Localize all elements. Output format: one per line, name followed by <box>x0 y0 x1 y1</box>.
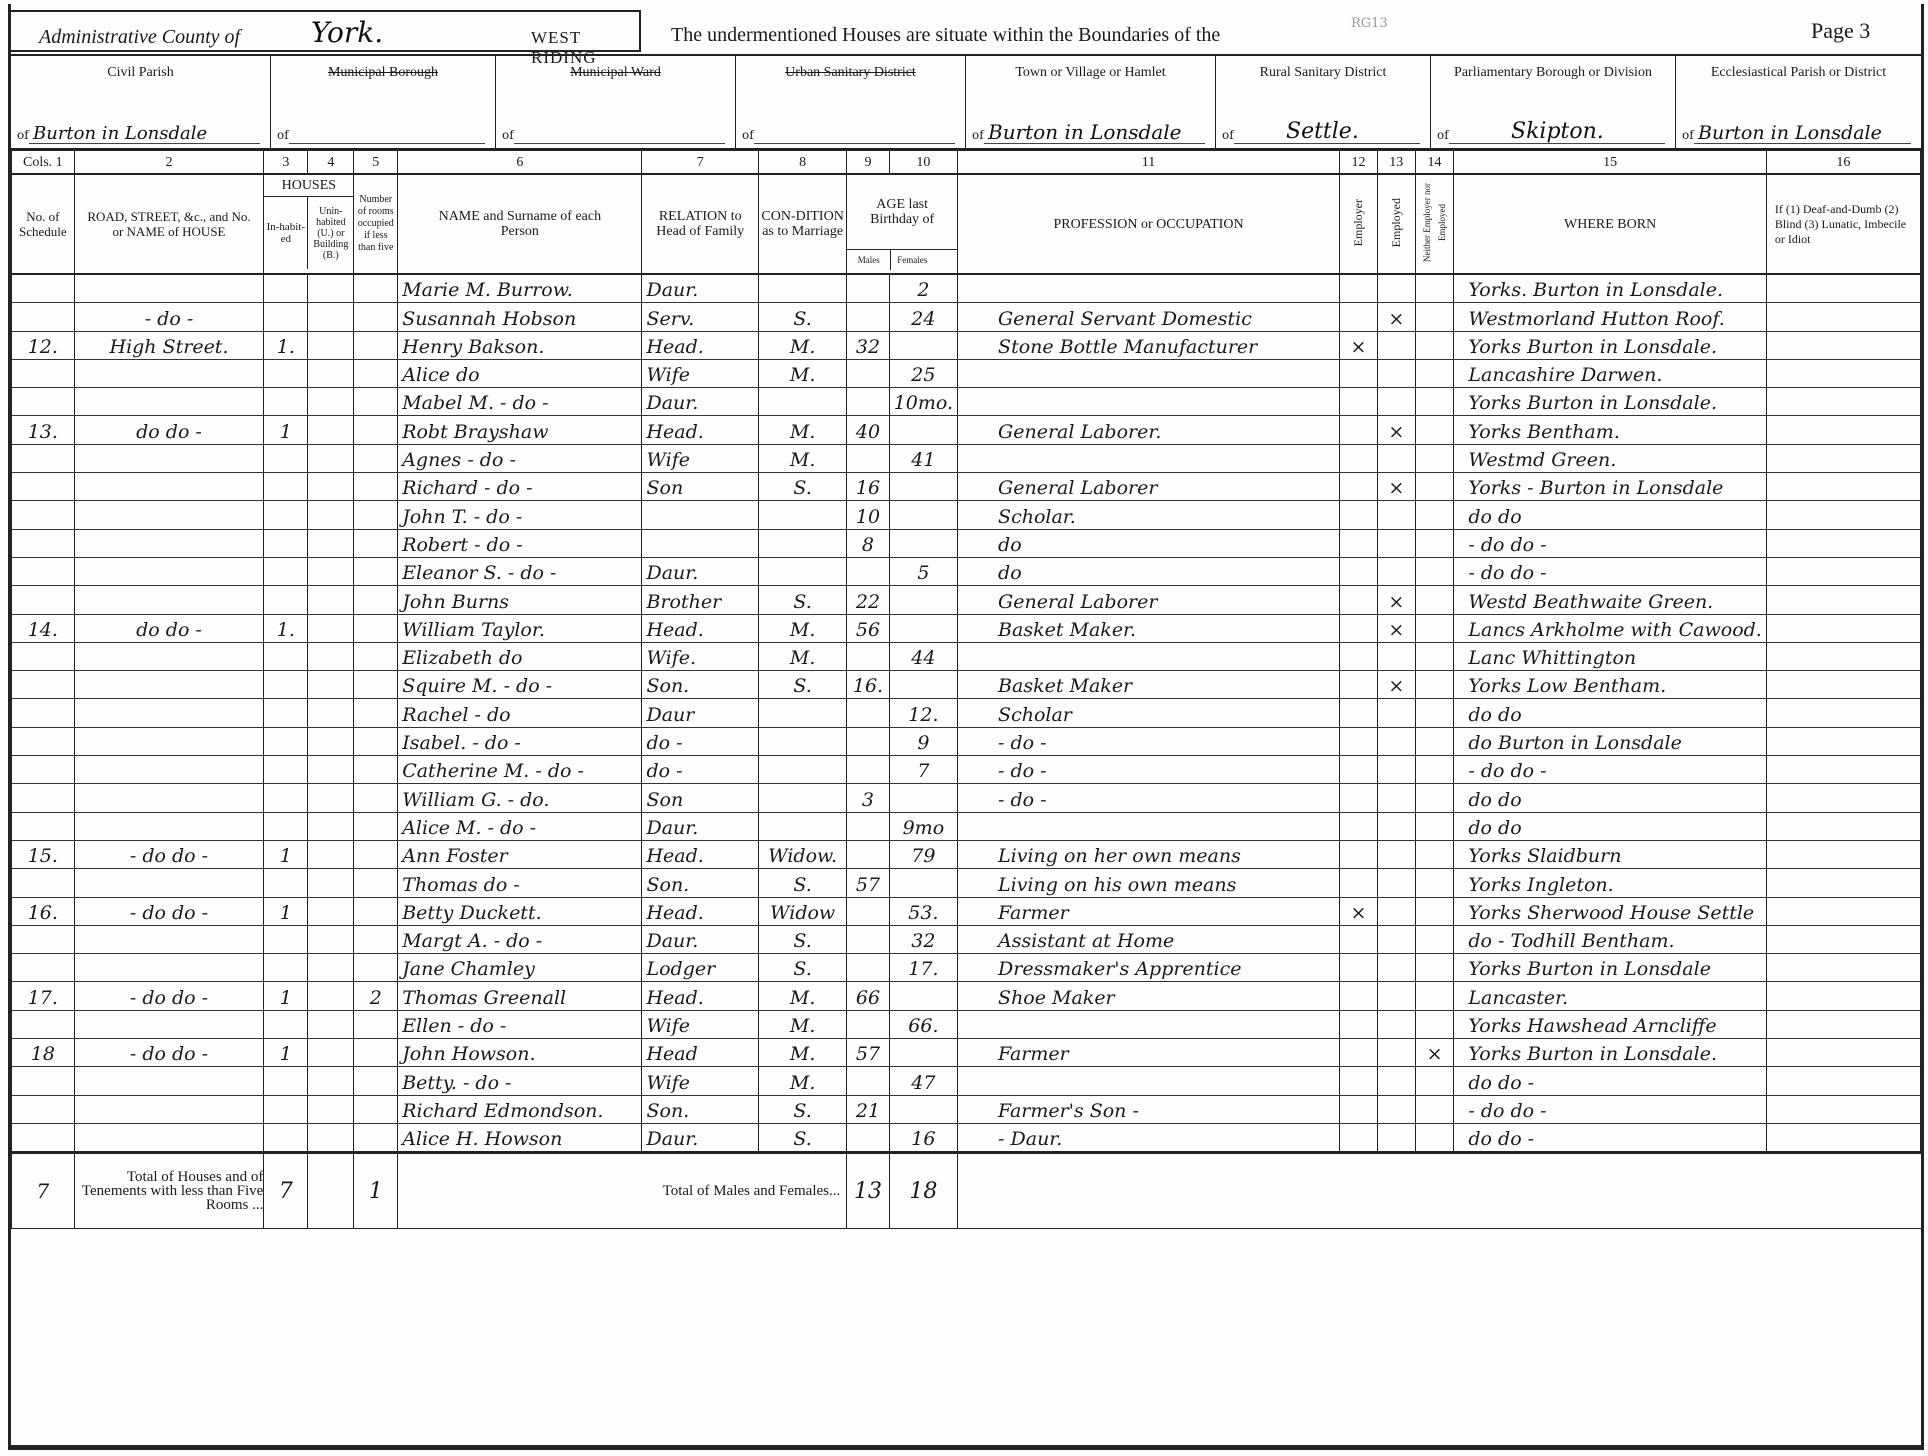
person-row: - do - Susannah Hobson Serv. S. 24 Gener… <box>12 303 1921 331</box>
boundary-label: Ecclesiastical Parish or District <box>1676 64 1921 81</box>
condition: S. <box>758 869 846 897</box>
houses-inhabited <box>264 359 308 387</box>
road-name: - do do - <box>74 840 264 868</box>
age-male: 21 <box>847 1095 889 1123</box>
houses-inhabited <box>264 444 308 472</box>
schedule-number <box>12 359 75 387</box>
infirmity <box>1766 671 1920 699</box>
houses-uninhabited <box>308 727 354 755</box>
occupation: Farmer's Son - <box>958 1095 1340 1123</box>
colnum: 8 <box>758 151 846 175</box>
occupation <box>958 642 1340 670</box>
road-name <box>74 756 264 784</box>
houses-inhabited <box>264 388 308 416</box>
person-name: Thomas do - <box>398 869 642 897</box>
colnum: 13 <box>1377 151 1415 175</box>
age-male <box>847 303 889 331</box>
road-name: do do - <box>74 416 264 444</box>
person-row: Marie M. Burrow. Daur. 2 Yorks. Burton i… <box>12 274 1921 303</box>
road-name <box>74 954 264 982</box>
employed-mark <box>1377 727 1415 755</box>
employer-mark <box>1340 274 1378 303</box>
employed-mark <box>1377 1067 1415 1095</box>
houses-uninhabited <box>308 274 354 303</box>
admin-county-value: York. <box>311 16 383 49</box>
person-name: Isabel. - do - <box>398 727 642 755</box>
condition: S. <box>758 671 846 699</box>
person-row: 15. - do do - 1 Ann Foster Head. Widow. … <box>12 840 1921 868</box>
underline <box>514 143 725 144</box>
person-name: Elizabeth do <box>398 642 642 670</box>
relation: do - <box>642 727 759 755</box>
employed-mark <box>1377 840 1415 868</box>
where-born: do do <box>1454 812 1766 840</box>
occupation: Farmer <box>958 1039 1340 1067</box>
person-name: Squire M. - do - <box>398 671 642 699</box>
road-name <box>74 1095 264 1123</box>
houses-inhabited <box>264 274 308 303</box>
relation <box>642 501 759 529</box>
age-male <box>847 897 889 925</box>
where-born: Yorks Burton in Lonsdale <box>1454 954 1766 982</box>
road-name <box>74 869 264 897</box>
occupation <box>958 274 1340 303</box>
neither-mark <box>1415 586 1454 614</box>
age-female <box>889 869 957 897</box>
person-name: Richard Edmondson. <box>398 1095 642 1123</box>
houses-inhabited <box>264 1010 308 1038</box>
boundary-municipal-ward: Municipal Ward of <box>496 56 736 148</box>
occupation: Dressmaker's Apprentice <box>958 954 1340 982</box>
age-male: 16 <box>847 473 889 501</box>
employed-mark: × <box>1377 614 1415 642</box>
employed-mark <box>1377 359 1415 387</box>
person-name: Alice M. - do - <box>398 812 642 840</box>
age-female <box>889 1095 957 1123</box>
neither-mark <box>1415 727 1454 755</box>
person-row: 16. - do do - 1 Betty Duckett. Head. Wid… <box>12 897 1921 925</box>
age-male <box>847 274 889 303</box>
employed-mark <box>1377 812 1415 840</box>
where-born: - do do - <box>1454 557 1766 585</box>
archive-stamp: RG13 <box>1351 16 1388 31</box>
header-age: AGE last Birthday of Males Females <box>847 174 958 274</box>
relation: Daur. <box>642 812 759 840</box>
person-name: Mabel M. - do - <box>398 388 642 416</box>
employed-mark <box>1377 1095 1415 1123</box>
condition <box>758 501 846 529</box>
employed-mark: × <box>1377 586 1415 614</box>
houses-inhabited <box>264 303 308 331</box>
neither-mark <box>1415 557 1454 585</box>
houses-uninhabited <box>308 1039 354 1067</box>
person-name: Eleanor S. - do - <box>398 557 642 585</box>
age-male: 10 <box>847 501 889 529</box>
boundary-label: Civil Parish <box>11 64 270 81</box>
age-male <box>847 1067 889 1095</box>
road-name <box>74 1010 264 1038</box>
schedule-number <box>12 642 75 670</box>
header-neither: Neither Employer nor Employed <box>1415 174 1454 274</box>
schedule-number <box>12 812 75 840</box>
condition <box>758 727 846 755</box>
houses-uninhabited <box>308 982 354 1010</box>
condition: Widow <box>758 897 846 925</box>
road-name: do do - <box>74 614 264 642</box>
header-name: NAME and Surname of each Person <box>398 174 642 274</box>
of-label: of <box>742 128 754 142</box>
rooms-occupied <box>354 1123 398 1152</box>
employed-mark: × <box>1377 303 1415 331</box>
houses-uninhabited <box>308 473 354 501</box>
road-name: - do do - <box>74 982 264 1010</box>
rooms-occupied <box>354 303 398 331</box>
boundaries-heading: The undermentioned Houses are situate wi… <box>671 24 1220 47</box>
houses-inhabited <box>264 501 308 529</box>
houses-uninhabited <box>308 303 354 331</box>
relation: Son. <box>642 1095 759 1123</box>
age-female: 10mo. <box>889 388 957 416</box>
person-name: William G. - do. <box>398 784 642 812</box>
schedule-number <box>12 784 75 812</box>
relation: do - <box>642 756 759 784</box>
where-born: Lancs Arkholme with Cawood. <box>1454 614 1766 642</box>
schedule-number <box>12 444 75 472</box>
page-header: Administrative County of York. WEST RIDI… <box>11 4 1927 52</box>
person-name: Ellen - do - <box>398 1010 642 1038</box>
colnum: 5 <box>354 151 398 175</box>
where-born: do do - <box>1454 1067 1766 1095</box>
houses-uninhabited <box>308 1095 354 1123</box>
person-row: Elizabeth do Wife. M. 44 Lanc Whittingto… <box>12 642 1921 670</box>
rooms-occupied <box>354 784 398 812</box>
of-label: of <box>972 128 984 142</box>
infirmity <box>1766 501 1920 529</box>
employed-mark <box>1377 756 1415 784</box>
boundary-ecclesiastical: Ecclesiastical Parish or District of Bur… <box>1676 56 1921 148</box>
person-name: Agnes - do - <box>398 444 642 472</box>
total-houses-uninhabited <box>308 1153 354 1229</box>
condition: M. <box>758 1067 846 1095</box>
header-condition: CON-DITION as to Marriage <box>758 174 846 274</box>
person-row: 12. High Street. 1. Henry Bakson. Head. … <box>12 331 1921 359</box>
employer-mark <box>1340 784 1378 812</box>
occupation: Farmer <box>958 897 1340 925</box>
infirmity <box>1766 699 1920 727</box>
road-name <box>74 1123 264 1152</box>
neither-mark: × <box>1415 1039 1454 1067</box>
age-male: 56 <box>847 614 889 642</box>
houses-uninhabited <box>308 671 354 699</box>
age-male <box>847 1010 889 1038</box>
condition: M. <box>758 416 846 444</box>
employed-mark <box>1377 699 1415 727</box>
occupation: Shoe Maker <box>958 982 1340 1010</box>
rooms-occupied <box>354 473 398 501</box>
schedule-number <box>12 501 75 529</box>
person-name: Margt A. - do - <box>398 925 642 953</box>
person-row: Betty. - do - Wife M. 47 do do - <box>12 1067 1921 1095</box>
relation: Head. <box>642 416 759 444</box>
schedule-number: 16. <box>12 897 75 925</box>
boundary-value: Burton in Lonsdale <box>1698 122 1882 144</box>
underline <box>754 143 955 144</box>
underline <box>1694 143 1911 144</box>
schedule-number <box>12 1123 75 1152</box>
employer-mark <box>1340 925 1378 953</box>
where-born: Yorks Burton in Lonsdale. <box>1454 1039 1766 1067</box>
houses-uninhabited <box>308 529 354 557</box>
infirmity <box>1766 303 1920 331</box>
relation: Son <box>642 473 759 501</box>
person-name: Alice do <box>398 359 642 387</box>
boundary-label: Town or Village or Hamlet <box>966 64 1215 81</box>
total-females: 18 <box>889 1153 957 1229</box>
age-label: AGE last Birthday of <box>847 175 957 249</box>
person-name: Thomas Greenall <box>398 982 642 1010</box>
age-male: 66 <box>847 982 889 1010</box>
rooms-occupied <box>354 1039 398 1067</box>
neither-mark <box>1415 925 1454 953</box>
relation: Son <box>642 784 759 812</box>
of-label: of <box>1682 128 1694 142</box>
condition: M. <box>758 1039 846 1067</box>
employed-mark: × <box>1377 671 1415 699</box>
houses-inhabited <box>264 784 308 812</box>
neither-mark <box>1415 756 1454 784</box>
person-row: William G. - do. Son 3 - do - do do <box>12 784 1921 812</box>
age-female <box>889 473 957 501</box>
employed-label: Employed <box>1389 198 1404 247</box>
neither-mark <box>1415 869 1454 897</box>
person-name: Henry Bakson. <box>398 331 642 359</box>
relation: Daur. <box>642 1123 759 1152</box>
employed-mark <box>1377 784 1415 812</box>
neither-mark <box>1415 416 1454 444</box>
neither-mark <box>1415 671 1454 699</box>
houses-uninhabited <box>308 812 354 840</box>
colnum: 15 <box>1454 151 1766 175</box>
age-female: 16 <box>889 1123 957 1152</box>
condition <box>758 557 846 585</box>
colnum: 11 <box>958 151 1340 175</box>
where-born: Yorks Hawshead Arncliffe <box>1454 1010 1766 1038</box>
header-infirmity: If (1) Deaf-and-Dumb (2) Blind (3) Lunat… <box>1766 174 1920 274</box>
occupation: - Daur. <box>958 1123 1340 1152</box>
where-born: Lancashire Darwen. <box>1454 359 1766 387</box>
age-female <box>889 416 957 444</box>
houses-uninhabited <box>308 784 354 812</box>
age-male <box>847 812 889 840</box>
infirmity <box>1766 727 1920 755</box>
houses-inhabited <box>264 671 308 699</box>
condition <box>758 756 846 784</box>
schedule-number <box>12 388 75 416</box>
person-row: Richard Edmondson. Son. S. 21 Farmer's S… <box>12 1095 1921 1123</box>
houses-uninhabited <box>308 699 354 727</box>
rooms-occupied <box>354 642 398 670</box>
schedule-number <box>12 756 75 784</box>
of-label: of <box>502 128 514 142</box>
schedule-number: 13. <box>12 416 75 444</box>
relation: Son. <box>642 869 759 897</box>
underline <box>984 143 1205 144</box>
total-males: 13 <box>847 1153 889 1229</box>
condition: S. <box>758 303 846 331</box>
age-male: 40 <box>847 416 889 444</box>
employer-mark: × <box>1340 897 1378 925</box>
header-females: Females <box>891 250 933 270</box>
age-male: 16. <box>847 671 889 699</box>
where-born: Yorks Ingleton. <box>1454 869 1766 897</box>
person-row: Margt A. - do - Daur. S. 32 Assistant at… <box>12 925 1921 953</box>
employed-mark <box>1377 642 1415 670</box>
relation: Head. <box>642 840 759 868</box>
houses-uninhabited <box>308 557 354 585</box>
occupation <box>958 444 1340 472</box>
column-number-row: Cols. 1 2 3 4 5 6 7 8 9 10 11 12 13 14 1… <box>12 151 1921 175</box>
relation: Serv. <box>642 303 759 331</box>
infirmity <box>1766 982 1920 1010</box>
schedule-number <box>12 529 75 557</box>
infirmity <box>1766 529 1920 557</box>
relation: Head. <box>642 614 759 642</box>
age-female: 24 <box>889 303 957 331</box>
employed-mark <box>1377 954 1415 982</box>
occupation: General Laborer <box>958 586 1340 614</box>
houses-uninhabited <box>308 416 354 444</box>
relation: Daur <box>642 699 759 727</box>
where-born: Yorks Bentham. <box>1454 416 1766 444</box>
houses-inhabited <box>264 586 308 614</box>
age-female <box>889 586 957 614</box>
occupation: Basket Maker. <box>958 614 1340 642</box>
condition <box>758 699 846 727</box>
rooms-occupied <box>354 359 398 387</box>
road-name <box>74 784 264 812</box>
person-name: Susannah Hobson <box>398 303 642 331</box>
column-header-row: No. of Schedule ROAD, STREET, &c., and N… <box>12 174 1921 274</box>
road-name <box>74 586 264 614</box>
age-female: 41 <box>889 444 957 472</box>
houses-uninhabited <box>308 501 354 529</box>
schedule-number <box>12 1067 75 1095</box>
infirmity <box>1766 586 1920 614</box>
underline <box>1449 143 1665 144</box>
person-row: John Burns Brother S. 22 General Laborer… <box>12 586 1921 614</box>
occupation: Stone Bottle Manufacturer <box>958 331 1340 359</box>
total-rooms: 1 <box>354 1153 398 1229</box>
person-row: Eleanor S. - do - Daur. 5 do - do do - <box>12 557 1921 585</box>
boundary-value: Settle. <box>1286 119 1359 144</box>
age-male: 57 <box>847 1039 889 1067</box>
occupation: General Laborer <box>958 473 1340 501</box>
occupation: Scholar <box>958 699 1340 727</box>
houses-inhabited: 1. <box>264 331 308 359</box>
header-males: Males <box>847 250 891 270</box>
person-row: 14. do do - 1. William Taylor. Head. M. … <box>12 614 1921 642</box>
infirmity <box>1766 331 1920 359</box>
schedule-number <box>12 586 75 614</box>
relation: Wife <box>642 444 759 472</box>
condition: S. <box>758 1123 846 1152</box>
person-row: Robert - do - 8 do - do do - <box>12 529 1921 557</box>
infirmity <box>1766 812 1920 840</box>
person-row: Rachel - do Daur 12. Scholar do do <box>12 699 1921 727</box>
schedule-number: 18 <box>12 1039 75 1067</box>
boundary-label: Municipal Ward <box>496 64 735 81</box>
relation: Wife. <box>642 642 759 670</box>
condition: M. <box>758 982 846 1010</box>
condition: S. <box>758 925 846 953</box>
employer-mark <box>1340 614 1378 642</box>
rooms-occupied <box>354 727 398 755</box>
houses-uninhabited <box>308 954 354 982</box>
census-body: Marie M. Burrow. Daur. 2 Yorks. Burton i… <box>12 274 1921 1229</box>
boundary-value: Skipton. <box>1511 119 1604 144</box>
boundary-label: Municipal Borough <box>271 64 495 81</box>
rooms-occupied <box>354 671 398 699</box>
header-employed: Employed <box>1377 174 1415 274</box>
schedule-number: 12. <box>12 331 75 359</box>
condition: M. <box>758 359 846 387</box>
condition <box>758 274 846 303</box>
infirmity <box>1766 1039 1920 1067</box>
age-female: 25 <box>889 359 957 387</box>
boundary-rural-sanitary-district: Rural Sanitary District of Settle. <box>1216 56 1431 148</box>
person-name: Catherine M. - do - <box>398 756 642 784</box>
person-name: John Burns <box>398 586 642 614</box>
houses-inhabited <box>264 557 308 585</box>
schedule-number: 15. <box>12 840 75 868</box>
admin-county-label: Administrative County of <box>39 26 240 49</box>
employer-label: Employer <box>1351 199 1366 246</box>
age-male <box>847 1123 889 1152</box>
infirmity <box>1766 1095 1920 1123</box>
houses-inhabited <box>264 925 308 953</box>
employer-mark <box>1340 416 1378 444</box>
age-male: 3 <box>847 784 889 812</box>
boundary-value: Burton in Lonsdale <box>33 123 207 144</box>
condition: M. <box>758 331 846 359</box>
road-name: High Street. <box>74 331 264 359</box>
header-rooms: Number of rooms occupied if less than fi… <box>354 174 398 274</box>
road-name: - do - <box>74 303 264 331</box>
occupation <box>958 812 1340 840</box>
neither-mark <box>1415 359 1454 387</box>
houses-inhabited <box>264 1123 308 1152</box>
rooms-occupied <box>354 331 398 359</box>
rooms-occupied <box>354 812 398 840</box>
where-born: Yorks Sherwood House Settle <box>1454 897 1766 925</box>
relation: Wife <box>642 359 759 387</box>
total-houses-inhabited: 7 <box>264 1153 308 1229</box>
age-male: 22 <box>847 586 889 614</box>
houses-uninhabited <box>308 359 354 387</box>
colnum: 12 <box>1340 151 1378 175</box>
header-road: ROAD, STREET, &c., and No. or NAME of HO… <box>74 174 264 274</box>
age-male <box>847 444 889 472</box>
infirmity <box>1766 784 1920 812</box>
person-row: John T. - do - 10 Scholar. do do <box>12 501 1921 529</box>
employer-mark <box>1340 642 1378 670</box>
age-male <box>847 954 889 982</box>
boundary-label: Urban Sanitary District <box>736 64 965 81</box>
occupation: - do - <box>958 784 1340 812</box>
employer-mark <box>1340 303 1378 331</box>
where-born: - do do - <box>1454 529 1766 557</box>
relation: Head <box>642 1039 759 1067</box>
